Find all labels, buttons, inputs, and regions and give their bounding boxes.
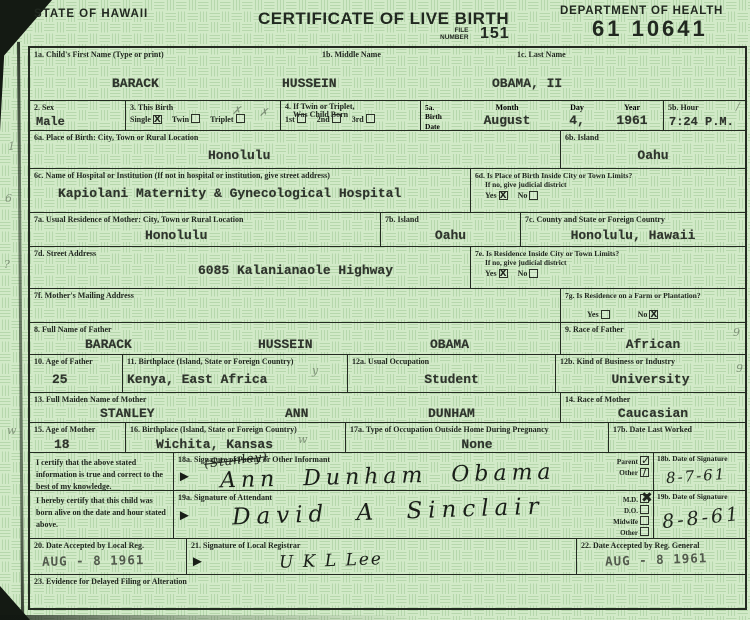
row-street-address: 7d. Street Address 6085 Kalanianaole Hig… bbox=[30, 246, 745, 288]
field-place-of-birth: 6a. Place of Birth: City, Town or Rural … bbox=[30, 131, 560, 168]
row-child-name: 1a. Child's First Name (Type or print) 1… bbox=[30, 48, 745, 100]
place-of-birth-value: Honolulu bbox=[208, 148, 270, 163]
second-checkbox bbox=[332, 114, 341, 123]
field-mother-age: 15. Age of Mother 18 bbox=[30, 423, 125, 452]
row-place-of-birth: 6a. Place of Birth: City, Town or Rural … bbox=[30, 130, 745, 168]
option-single-label: Single bbox=[130, 115, 151, 124]
field-label-10: 10. Age of Father bbox=[30, 355, 122, 367]
field-label-13: 13. Full Maiden Name of Mother bbox=[30, 393, 560, 405]
birth-year: Year 1961 bbox=[601, 101, 663, 130]
field-label-12a: 12a. Usual Occupation bbox=[348, 355, 555, 367]
island-6b-value: Oahu bbox=[561, 148, 745, 163]
field-label-7a: 7a. Usual Residence of Mother: City, Tow… bbox=[30, 213, 380, 225]
birth-date-no: 5a. bbox=[425, 103, 434, 112]
island-7b-value: Oahu bbox=[381, 228, 520, 243]
scan-bottom-shade bbox=[0, 615, 420, 620]
field-father-occupation: 12a. Usual Occupation Student bbox=[347, 355, 555, 392]
birth-certificate-scan: { "header": { "state": "STATE OF HAWAII"… bbox=[0, 0, 750, 620]
no-checkbox-7g: X bbox=[649, 310, 658, 319]
pencil-mark: ✗ bbox=[232, 104, 241, 117]
field-label-18b: 18b. Date of Signature bbox=[657, 455, 728, 464]
no-label: No bbox=[518, 191, 528, 200]
informant-date-value: 8-7-61 bbox=[665, 465, 726, 487]
field-island-7b: 7b. Island Oahu bbox=[380, 213, 520, 246]
month-value: August bbox=[461, 113, 553, 128]
other-checkbox: / bbox=[640, 468, 649, 477]
residence-value: Honolulu bbox=[145, 228, 207, 243]
father-birthplace-value: Kenya, East Africa bbox=[127, 372, 267, 387]
file-word-2: NUMBER bbox=[440, 34, 469, 41]
midwife-checkbox bbox=[640, 516, 649, 525]
field-label-15: 15. Age of Mother bbox=[30, 423, 125, 435]
reg-general-date-stamp: AUG - 8 1961 bbox=[605, 550, 708, 569]
pencil-mark: 9 bbox=[733, 326, 740, 339]
informant-type-boxes: Parent✓ Other/ bbox=[617, 455, 650, 477]
row-evidence: 23. Evidence for Delayed Filing or Alter… bbox=[30, 574, 745, 608]
field-label-7f: 7f. Mother's Mailing Address bbox=[30, 289, 560, 301]
field-inside-limits-6d: 6d. Is Place of Birth Inside City or Tow… bbox=[470, 169, 745, 212]
yes-label: Yes bbox=[485, 269, 497, 278]
attendant-other-checkbox bbox=[640, 527, 649, 536]
father-age-value: 25 bbox=[52, 372, 68, 387]
do-label: D.O. bbox=[624, 507, 638, 515]
father-middle-value: HUSSEIN bbox=[258, 337, 313, 352]
state-title: STATE OF HAWAII bbox=[34, 8, 148, 20]
field-label-22: 22. Date Accepted by Reg. General bbox=[577, 539, 745, 551]
field-local-reg-date: 20. Date Accepted by Local Reg. AUG - 8 … bbox=[30, 539, 186, 574]
year-header: Year bbox=[601, 101, 663, 112]
pencil-mark: w bbox=[298, 433, 307, 446]
field-label-5a: 5a. Birth Date bbox=[421, 101, 461, 130]
option-twin-label: Twin bbox=[172, 115, 189, 124]
field-mailing-address: 7f. Mother's Mailing Address bbox=[30, 289, 560, 322]
local-reg-date-stamp: AUG - 8 1961 bbox=[42, 552, 145, 569]
pencil-margin-mark: w bbox=[7, 424, 16, 437]
field-father-age: 10. Age of Father 25 bbox=[30, 355, 122, 392]
field-label-1b: 1b. Middle Name bbox=[322, 50, 381, 60]
row-father-name: 8. Full Name of Father BARACK HUSSEIN OB… bbox=[30, 322, 745, 354]
field-mother-name: 13. Full Maiden Name of Mother STANLEY A… bbox=[30, 393, 560, 422]
parent-checkbox: ✓ bbox=[640, 456, 649, 465]
yes-checkbox-7e: X bbox=[499, 269, 508, 278]
field-label-16: 16. Birthplace (Island, State or Foreign… bbox=[126, 423, 345, 435]
field-father-race: 9. Race of Father African bbox=[560, 323, 745, 354]
pencil-margin-mark: 1 bbox=[8, 140, 15, 153]
attendant-type-boxes: M.D.✖ D.O. Midwife Other bbox=[613, 493, 650, 537]
field-father-industry: 12b. Kind of Business or Industry Univer… bbox=[555, 355, 745, 392]
twin-order-options: 1st 2nd 3rd bbox=[285, 109, 418, 127]
certificate-title: CERTIFICATE OF LIVE BIRTH bbox=[258, 9, 509, 29]
option-2nd-label: 2nd bbox=[317, 115, 330, 124]
first-name-value: BARACK bbox=[112, 76, 159, 91]
field-evidence: 23. Evidence for Delayed Filing or Alter… bbox=[30, 575, 745, 608]
birth-day: Day 4, bbox=[553, 101, 601, 130]
field-street-address: 7d. Street Address 6085 Kalanianaole Hig… bbox=[30, 247, 470, 288]
attendant-date-value: 8-8-61 bbox=[661, 503, 742, 533]
mother-last-value: DUNHAM bbox=[428, 406, 475, 421]
row-hospital: 6c. Name of Hospital or Institution (If … bbox=[30, 168, 745, 212]
md-checkbox: ✖ bbox=[640, 494, 649, 503]
birth-date-w2: Date bbox=[425, 122, 440, 131]
file-number-label: FILE NUMBER bbox=[440, 27, 469, 42]
row-acceptance: 20. Date Accepted by Local Reg. AUG - 8 … bbox=[30, 538, 745, 574]
field-label-1c: 1c. Last Name bbox=[517, 50, 566, 60]
informant-certification-text: I certify that the above stated informat… bbox=[30, 453, 173, 490]
no-checkbox-7e bbox=[529, 269, 538, 278]
field-sublabel-7e: If no, give judicial district bbox=[471, 259, 745, 268]
field-residence: 7a. Usual Residence of Mother: City, Tow… bbox=[30, 213, 380, 246]
field-label-19b: 19b. Date of Signature bbox=[657, 493, 728, 502]
field-registrar-signature: 21. Signature of Local Registrar ► U K L… bbox=[186, 539, 576, 574]
registrar-signature: U K L Lee bbox=[279, 549, 384, 573]
year-value: 1961 bbox=[601, 113, 663, 128]
county-value: Honolulu, Hawaii bbox=[521, 228, 745, 243]
pencil-margin-mark: 6 bbox=[5, 192, 12, 205]
field-hospital: 6c. Name of Hospital or Institution (If … bbox=[30, 169, 470, 212]
midwife-label: Midwife bbox=[613, 518, 638, 526]
yes-no-6d: YesX No bbox=[471, 190, 745, 200]
row-mailing-address: 7f. Mother's Mailing Address 7g. Is Resi… bbox=[30, 288, 745, 322]
field-birth-date: 5a. Birth Date Month August Day 4, Year … bbox=[420, 101, 663, 130]
option-triplet-label: Triplet bbox=[210, 115, 233, 124]
field-farm-plantation: 7g. Is Residence on a Farm or Plantation… bbox=[560, 289, 745, 322]
option-1st-label: 1st bbox=[285, 115, 295, 124]
father-occupation-value: Student bbox=[348, 372, 555, 387]
sex-value: Male bbox=[36, 115, 65, 129]
middle-name-value: HUSSEIN bbox=[282, 76, 337, 91]
month-header: Month bbox=[461, 101, 553, 112]
twin-checkbox bbox=[191, 114, 200, 123]
pointer-arrow-icon: ► bbox=[190, 555, 205, 570]
file-word-1: FILE bbox=[454, 27, 468, 34]
field-county: 7c. County and State or Foreign Country … bbox=[520, 213, 745, 246]
certificate-form: 1a. Child's First Name (Type or print) 1… bbox=[28, 46, 747, 610]
field-label-5b: 5b. Hour bbox=[668, 103, 699, 113]
field-label-17b: 17b. Date Last Worked bbox=[609, 423, 745, 435]
pencil-mark: / bbox=[736, 100, 740, 113]
field-label-7c: 7c. County and State or Foreign Country bbox=[521, 213, 745, 225]
certificate-number: 61 10641 bbox=[592, 16, 708, 42]
no-label: No bbox=[518, 269, 528, 278]
row-mother-residence: 7a. Usual Residence of Mother: City, Tow… bbox=[30, 212, 745, 246]
yes-label: Yes bbox=[587, 310, 599, 319]
day-value: 4, bbox=[553, 113, 601, 128]
first-checkbox bbox=[297, 114, 306, 123]
field-label-6b: 6b. Island bbox=[561, 131, 745, 143]
single-checkbox: X bbox=[153, 115, 162, 124]
field-informant-date: 18b. Date of Signature 8-7-61 bbox=[653, 453, 745, 490]
field-hour: 5b. Hour 7:24 P.M. bbox=[663, 101, 745, 130]
row-birth-details: 2. Sex Male 3. This Birth SingleX Twin T… bbox=[30, 100, 745, 130]
field-label-2: 2. Sex bbox=[34, 103, 54, 113]
other-label: Other bbox=[620, 529, 638, 537]
field-child-name: 1a. Child's First Name (Type or print) 1… bbox=[30, 48, 745, 100]
pencil-mark: 9 bbox=[736, 362, 743, 375]
pencil-mark: y bbox=[312, 364, 318, 377]
last-name-value: OBAMA, II bbox=[492, 76, 562, 91]
attendant-signature: David A Sinclair bbox=[232, 494, 545, 531]
field-label-19a: 19a. Signature of Attendant bbox=[178, 493, 272, 503]
no-checkbox-6d bbox=[529, 191, 538, 200]
mother-occupation-value: None bbox=[346, 437, 608, 452]
street-address-value: 6085 Kalanianaole Highway bbox=[198, 263, 393, 278]
option-3rd-label: 3rd bbox=[352, 115, 364, 124]
field-label-6a: 6a. Place of Birth: City, Town or Rural … bbox=[30, 131, 560, 143]
parent-label: Parent bbox=[617, 457, 638, 466]
row-attendant-signature: I hereby certify that this child was bor… bbox=[30, 490, 745, 538]
field-label-9: 9. Race of Father bbox=[561, 323, 745, 335]
md-label: M.D. bbox=[623, 496, 638, 504]
file-number: 151 bbox=[480, 25, 510, 43]
row-mother-details: 15. Age of Mother 18 16. Birthplace (Isl… bbox=[30, 422, 745, 452]
field-label-7b: 7b. Island bbox=[381, 213, 520, 225]
day-header: Day bbox=[553, 101, 601, 112]
third-checkbox bbox=[366, 114, 375, 123]
hospital-value: Kapiolani Maternity & Gynecological Hosp… bbox=[58, 186, 401, 201]
row-informant-signature: I certify that the above stated informat… bbox=[30, 452, 745, 490]
mother-age-value: 18 bbox=[54, 437, 70, 452]
father-first-value: BARACK bbox=[85, 337, 132, 352]
field-label-14: 14. Race of Mother bbox=[561, 393, 745, 405]
pointer-arrow-icon: ► bbox=[177, 509, 192, 524]
field-sex: 2. Sex Male bbox=[30, 101, 125, 130]
yes-label: Yes bbox=[485, 191, 497, 200]
mother-race-value: Caucasian bbox=[561, 406, 745, 421]
mother-first-value: STANLEY bbox=[100, 406, 155, 421]
no-label: No bbox=[638, 310, 648, 319]
field-twin-order: 4. If Twin or Triplet, Was Child Born 1s… bbox=[280, 101, 420, 130]
field-reg-general-date: 22. Date Accepted by Reg. General AUG - … bbox=[576, 539, 745, 574]
father-last-value: OBAMA bbox=[430, 337, 469, 352]
field-label-6c: 6c. Name of Hospital or Institution (If … bbox=[30, 169, 470, 181]
field-sublabel-6d: If no, give judicial district bbox=[471, 181, 745, 190]
field-label-1a: 1a. Child's First Name (Type or print) bbox=[34, 50, 164, 60]
informant-signature: Ann Dunham Obama bbox=[220, 460, 556, 494]
row-mother-name: 13. Full Maiden Name of Mother STANLEY A… bbox=[30, 392, 745, 422]
do-checkbox bbox=[640, 505, 649, 514]
field-attendant-date: 19b. Date of Signature 8-8-61 bbox=[653, 491, 745, 538]
pencil-margin-mark: ? bbox=[4, 258, 10, 271]
pointer-arrow-icon: ► bbox=[177, 470, 192, 485]
pencil-mark: ✗ bbox=[259, 106, 268, 119]
other-label: Other bbox=[619, 468, 638, 477]
father-industry-value: University bbox=[556, 372, 745, 387]
this-birth-options: SingleX Twin Triplet bbox=[130, 109, 278, 127]
yes-no-7e: YesX No bbox=[471, 268, 745, 278]
yes-checkbox-6d: X bbox=[499, 191, 508, 200]
field-mother-occupation: 17a. Type of Occupation Outside Home Dur… bbox=[345, 423, 608, 452]
field-date-last-worked: 17b. Date Last Worked bbox=[608, 423, 745, 452]
field-attendant-signature: 19a. Signature of Attendant ► David A Si… bbox=[173, 491, 653, 538]
field-label-7d: 7d. Street Address bbox=[30, 247, 470, 259]
field-label-8: 8. Full Name of Father bbox=[30, 323, 560, 335]
field-island-6b: 6b. Island Oahu bbox=[560, 131, 745, 168]
field-label-7g: 7g. Is Residence on a Farm or Plantation… bbox=[561, 289, 745, 301]
field-label-20: 20. Date Accepted by Local Reg. bbox=[30, 539, 186, 551]
row-father-details: 10. Age of Father 25 11. Birthplace (Isl… bbox=[30, 354, 745, 392]
attendant-certification-text: I hereby certify that this child was bor… bbox=[30, 491, 173, 538]
field-label-17a: 17a. Type of Occupation Outside Home Dur… bbox=[346, 423, 608, 435]
field-mother-birthplace: 16. Birthplace (Island, State or Foreign… bbox=[125, 423, 345, 452]
hour-value: 7:24 P.M. bbox=[669, 115, 734, 129]
field-this-birth: 3. This Birth SingleX Twin Triplet bbox=[125, 101, 280, 130]
birth-date-w1: Birth bbox=[425, 112, 442, 121]
field-mother-race: 14. Race of Mother Caucasian bbox=[560, 393, 745, 422]
birth-month: Month August bbox=[461, 101, 553, 130]
field-label-12b: 12b. Kind of Business or Industry bbox=[556, 355, 745, 367]
father-race-value: African bbox=[561, 337, 745, 352]
yes-checkbox-7g bbox=[601, 310, 610, 319]
mother-middle-value: ANN bbox=[285, 406, 308, 421]
field-inside-limits-7e: 7e. Is Residence Inside City or Town Lim… bbox=[470, 247, 745, 288]
field-label-23: 23. Evidence for Delayed Filing or Alter… bbox=[30, 575, 745, 587]
yes-no-7g: Yes NoX bbox=[561, 301, 745, 319]
field-informant-signature: 18a. Signature of Parent or Other Inform… bbox=[173, 453, 653, 490]
field-father-name: 8. Full Name of Father BARACK HUSSEIN OB… bbox=[30, 323, 560, 354]
